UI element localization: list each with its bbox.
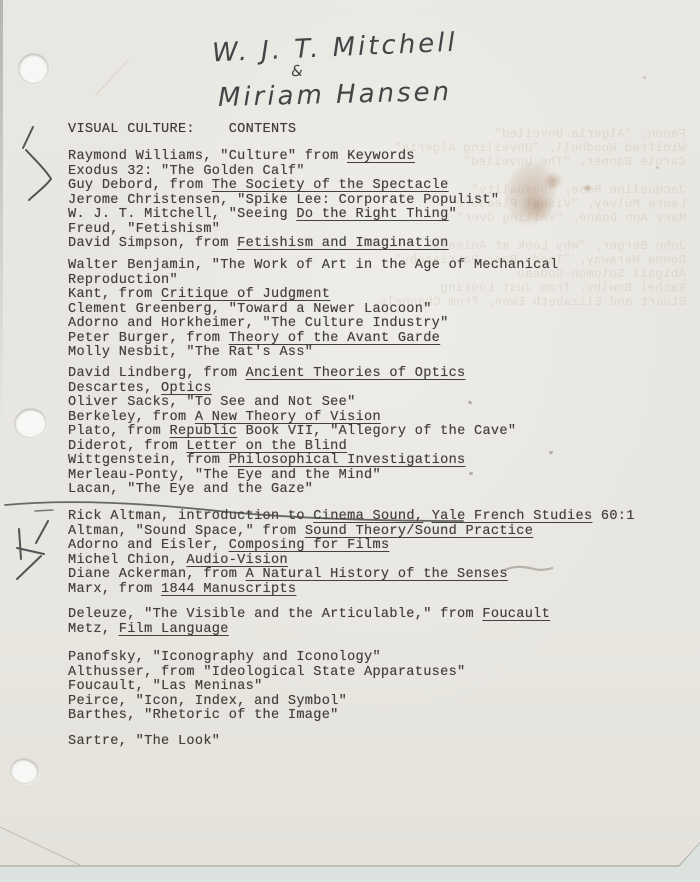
toc-line: Merleau-Ponty, "The Eye and the Mind" [68, 469, 516, 484]
toc-line: Guy Debord, from The Society of the Spec… [68, 179, 499, 194]
hole-punch-top [19, 54, 48, 83]
underlined-title-text: 1844 Manuscripts [161, 582, 296, 597]
text-run: David Simpson, from [68, 236, 237, 251]
toc-block-7: Sartre, "The Look" [68, 735, 220, 750]
text-run: Reproduction" [68, 273, 178, 288]
text-run: Adorno and Eisler, [68, 538, 229, 553]
underlined-title-text: Letter on the Blind [186, 439, 347, 454]
page-left-edge-shadow [0, 0, 3, 430]
text-run: Wittgenstein, from [68, 453, 229, 468]
text-run: Freud, "Fetishism" [68, 222, 220, 237]
bleed-through-line: Carole Banner, "The Unveiled" [463, 155, 686, 169]
toc-line: Descartes, Optics [68, 382, 516, 397]
text-run [423, 509, 431, 524]
text-run: Diderot, from [68, 439, 186, 454]
underlined-title-text: The Society of the Spectacle [212, 178, 449, 193]
text-run: Sartre, "The Look" [68, 734, 220, 749]
text-run: Michel Chion, [68, 553, 186, 568]
text-run: Peter Burger, from [68, 331, 229, 346]
text-run: Oliver Sacks, "To See and Not See" [68, 395, 356, 410]
toc-block-6: Panofsky, "Iconography and Iconology"Alt… [68, 651, 466, 724]
toc-line: Exodus 32: "The Golden Calf" [68, 165, 499, 180]
toc-line: David Lindberg, from Ancient Theories of… [68, 367, 516, 382]
bleed-through-line: Abigail Solomon-Godeau [517, 267, 686, 281]
underlined-title-text: Sound Theory/Sound Practice [305, 524, 533, 539]
text-run: Clement Greenberg, "Toward a Newer Laoco… [68, 302, 432, 317]
scan-background: { "document": { "handwriting": { "line1"… [0, 0, 700, 882]
toc-line: Plato, from Republic Book VII, "Allegory… [68, 425, 516, 440]
text-run: Diane Ackerman, from [68, 567, 246, 582]
paper-speck [656, 166, 659, 169]
underlined-title-text: Ancient Theories of Optics [246, 366, 466, 381]
toc-line: Jerome Christensen, "Spike Lee: Corporat… [68, 194, 499, 209]
text-run: Plato, from [68, 424, 170, 439]
bleed-through-line: Jacqueline Rose, "Sexuality" [471, 183, 686, 197]
text-run: W. J. T. Mitchell, "Seeing [68, 207, 296, 222]
crease-line [0, 827, 80, 865]
hole-punch-bottom [9, 756, 40, 785]
toc-block-4: Rick Altman, introduction to Cinema Soun… [68, 510, 635, 597]
toc-line: Molly Nesbit, "The Rat's Ass" [68, 346, 559, 361]
text-run: Adorno and Horkheimer, "The Culture Indu… [68, 316, 449, 331]
handwritten-name-hansen: Miriam Hansen [218, 77, 453, 113]
handwritten-ampersand: & [290, 62, 303, 81]
underlined-title-text: Audio-Vision [186, 553, 288, 568]
page-title: VISUAL CULTURE: CONTENTS [68, 123, 296, 138]
bleed-through-line: Fanon, "Algeria Unveiled" [494, 127, 686, 141]
toc-line: Metz, Film Language [68, 623, 550, 638]
underlined-title-text: Foucault [482, 607, 550, 622]
crease-line [96, 60, 128, 95]
pen-speck [549, 450, 554, 454]
text-run: Peirce, "Icon, Index, and Symbol" [68, 694, 347, 709]
text-run: Kant, from [68, 287, 161, 302]
bleed-through-line: John Berger, "Why Look at Animals" [425, 239, 686, 253]
bleed-through-line: Donna Haraway, "Teddy Bear Patriarchy" [394, 253, 686, 267]
toc-line: Foucault, "Las Meninas" [68, 680, 466, 695]
toc-line: Wittgenstein, from Philosophical Investi… [68, 454, 516, 469]
underlined-title-text: Critique of Judgment [161, 287, 330, 302]
toc-block-1: Raymond Williams, "Culture" from Keyword… [68, 150, 499, 252]
bleed-through-line: Rachel Bowlby, from Just Looking [440, 281, 686, 295]
margin-check-mark [17, 521, 48, 579]
toc-line: Panofsky, "Iconography and Iconology" [68, 651, 466, 666]
underlined-title-text: Cinema Sound, [313, 509, 423, 524]
handwritten-name-mitchell: W. J. T. Mitchell [211, 28, 458, 69]
text-run: Exodus 32: "The Golden Calf" [68, 164, 305, 179]
toc-line: Adorno and Horkheimer, "The Culture Indu… [68, 317, 559, 332]
bleed-through-line: Stuart and Elizabeth Ewen, from Channels [379, 295, 686, 309]
text-run: David Lindberg, from [68, 366, 246, 381]
toc-line: Michel Chion, Audio-Vision [68, 554, 635, 569]
hole-punch-middle [13, 407, 48, 439]
toc-line: Diderot, from Letter on the Blind [68, 440, 516, 455]
text-run: Merleau-Ponty, "The Eye and the Mind" [68, 468, 381, 483]
text-run: Panofsky, "Iconography and Iconology" [68, 650, 381, 665]
text-run: Book VII, "Allegory of the Cave" [237, 424, 516, 439]
toc-line: Barthes, "Rhetoric of the Image" [68, 709, 466, 724]
toc-line: Altman, "Sound Space," from Sound Theory… [68, 525, 635, 540]
underlined-title-text: Yale French Studies [432, 509, 593, 524]
toc-line: Althusser, from "Ideological State Appar… [68, 666, 466, 681]
toc-line: Sartre, "The Look" [68, 735, 220, 750]
toc-line: Peirce, "Icon, Index, and Symbol" [68, 695, 466, 710]
underlined-title-text: A Natural History of the Senses [246, 567, 508, 582]
underlined-title-text: Do the Right Thing [296, 207, 448, 222]
text-run: Raymond Williams, "Culture" from [68, 149, 347, 164]
page-bottom-edge [0, 843, 700, 866]
paper-speck [643, 76, 646, 79]
toc-block-2: Walter Benjamin, "The Work of Art in the… [68, 259, 559, 361]
text-run: 60:1 [592, 509, 634, 524]
bleed-through-line: Laura Mulvey, "Visual Pleasure" [448, 197, 686, 211]
underlined-title-text: Film Language [119, 622, 229, 637]
toc-line: Peter Burger, from Theory of the Avant G… [68, 332, 559, 347]
text-run: Molly Nesbit, "The Rat's Ass" [68, 345, 313, 360]
underlined-title-text: Fetishism and Imagination [237, 236, 448, 251]
margin-bracket-mark [23, 127, 51, 200]
text-run: Berkeley, from [68, 410, 195, 425]
underlined-title-text: Optics [161, 381, 212, 396]
toc-line: Oliver Sacks, "To See and Not See" [68, 396, 516, 411]
page-sheet: W. J. T. Mitchell & Miriam Hansen VISUAL… [0, 0, 700, 867]
toc-line: Lacan, "The Eye and the Gaze" [68, 483, 516, 498]
toc-line: Diane Ackerman, from A Natural History o… [68, 568, 635, 583]
underlined-title-text: Republic [170, 424, 238, 439]
underlined-title-text: Philosophical Investigations [229, 453, 466, 468]
text-run: Metz, [68, 622, 119, 637]
text-run: Jerome Christensen, "Spike Lee: Corporat… [68, 193, 499, 208]
text-run: Rick Altman, introduction to [68, 509, 313, 524]
underlined-title-text: Composing for Films [229, 538, 390, 553]
toc-line: Berkeley, from A New Theory of Vision [68, 411, 516, 426]
toc-line: W. J. T. Mitchell, "Seeing Do the Right … [68, 208, 499, 223]
text-run: Guy Debord, from [68, 178, 212, 193]
bleed-through-line: Mary Ann Doane, "Veiling Over" [456, 211, 686, 225]
text-run: Marx, from [68, 582, 161, 597]
text-run: Altman, "Sound Space," from [68, 524, 305, 539]
underlined-title-text: A New Theory of Vision [195, 410, 381, 425]
toc-line: Adorno and Eisler, Composing for Films [68, 539, 635, 554]
bleed-through-line: Winifred Woodhull, "Unveiling Algeria" [394, 141, 686, 155]
text-run: Lacan, "The Eye and the Gaze" [68, 482, 313, 497]
toc-block-5: Deleuze, "The Visible and the Articulabl… [68, 608, 550, 637]
toc-line: Deleuze, "The Visible and the Articulabl… [68, 608, 550, 623]
text-run: Barthes, "Rhetoric of the Image" [68, 708, 339, 723]
underlined-title-text: Theory of the Avant Garde [229, 331, 440, 346]
pen-speck [469, 472, 473, 475]
toc-line: Marx, from 1844 Manuscripts [68, 583, 635, 598]
toc-line: Rick Altman, introduction to Cinema Soun… [68, 510, 635, 525]
toc-block-3: David Lindberg, from Ancient Theories of… [68, 367, 516, 498]
text-run: Althusser, from "Ideological State Appar… [68, 665, 466, 680]
text-run: Foucault, "Las Meninas" [68, 679, 263, 694]
text-run: Descartes, [68, 381, 161, 396]
text-run: Deleuze, "The Visible and the Articulabl… [68, 607, 482, 622]
toc-line: Freud, "Fetishism" [68, 223, 499, 238]
